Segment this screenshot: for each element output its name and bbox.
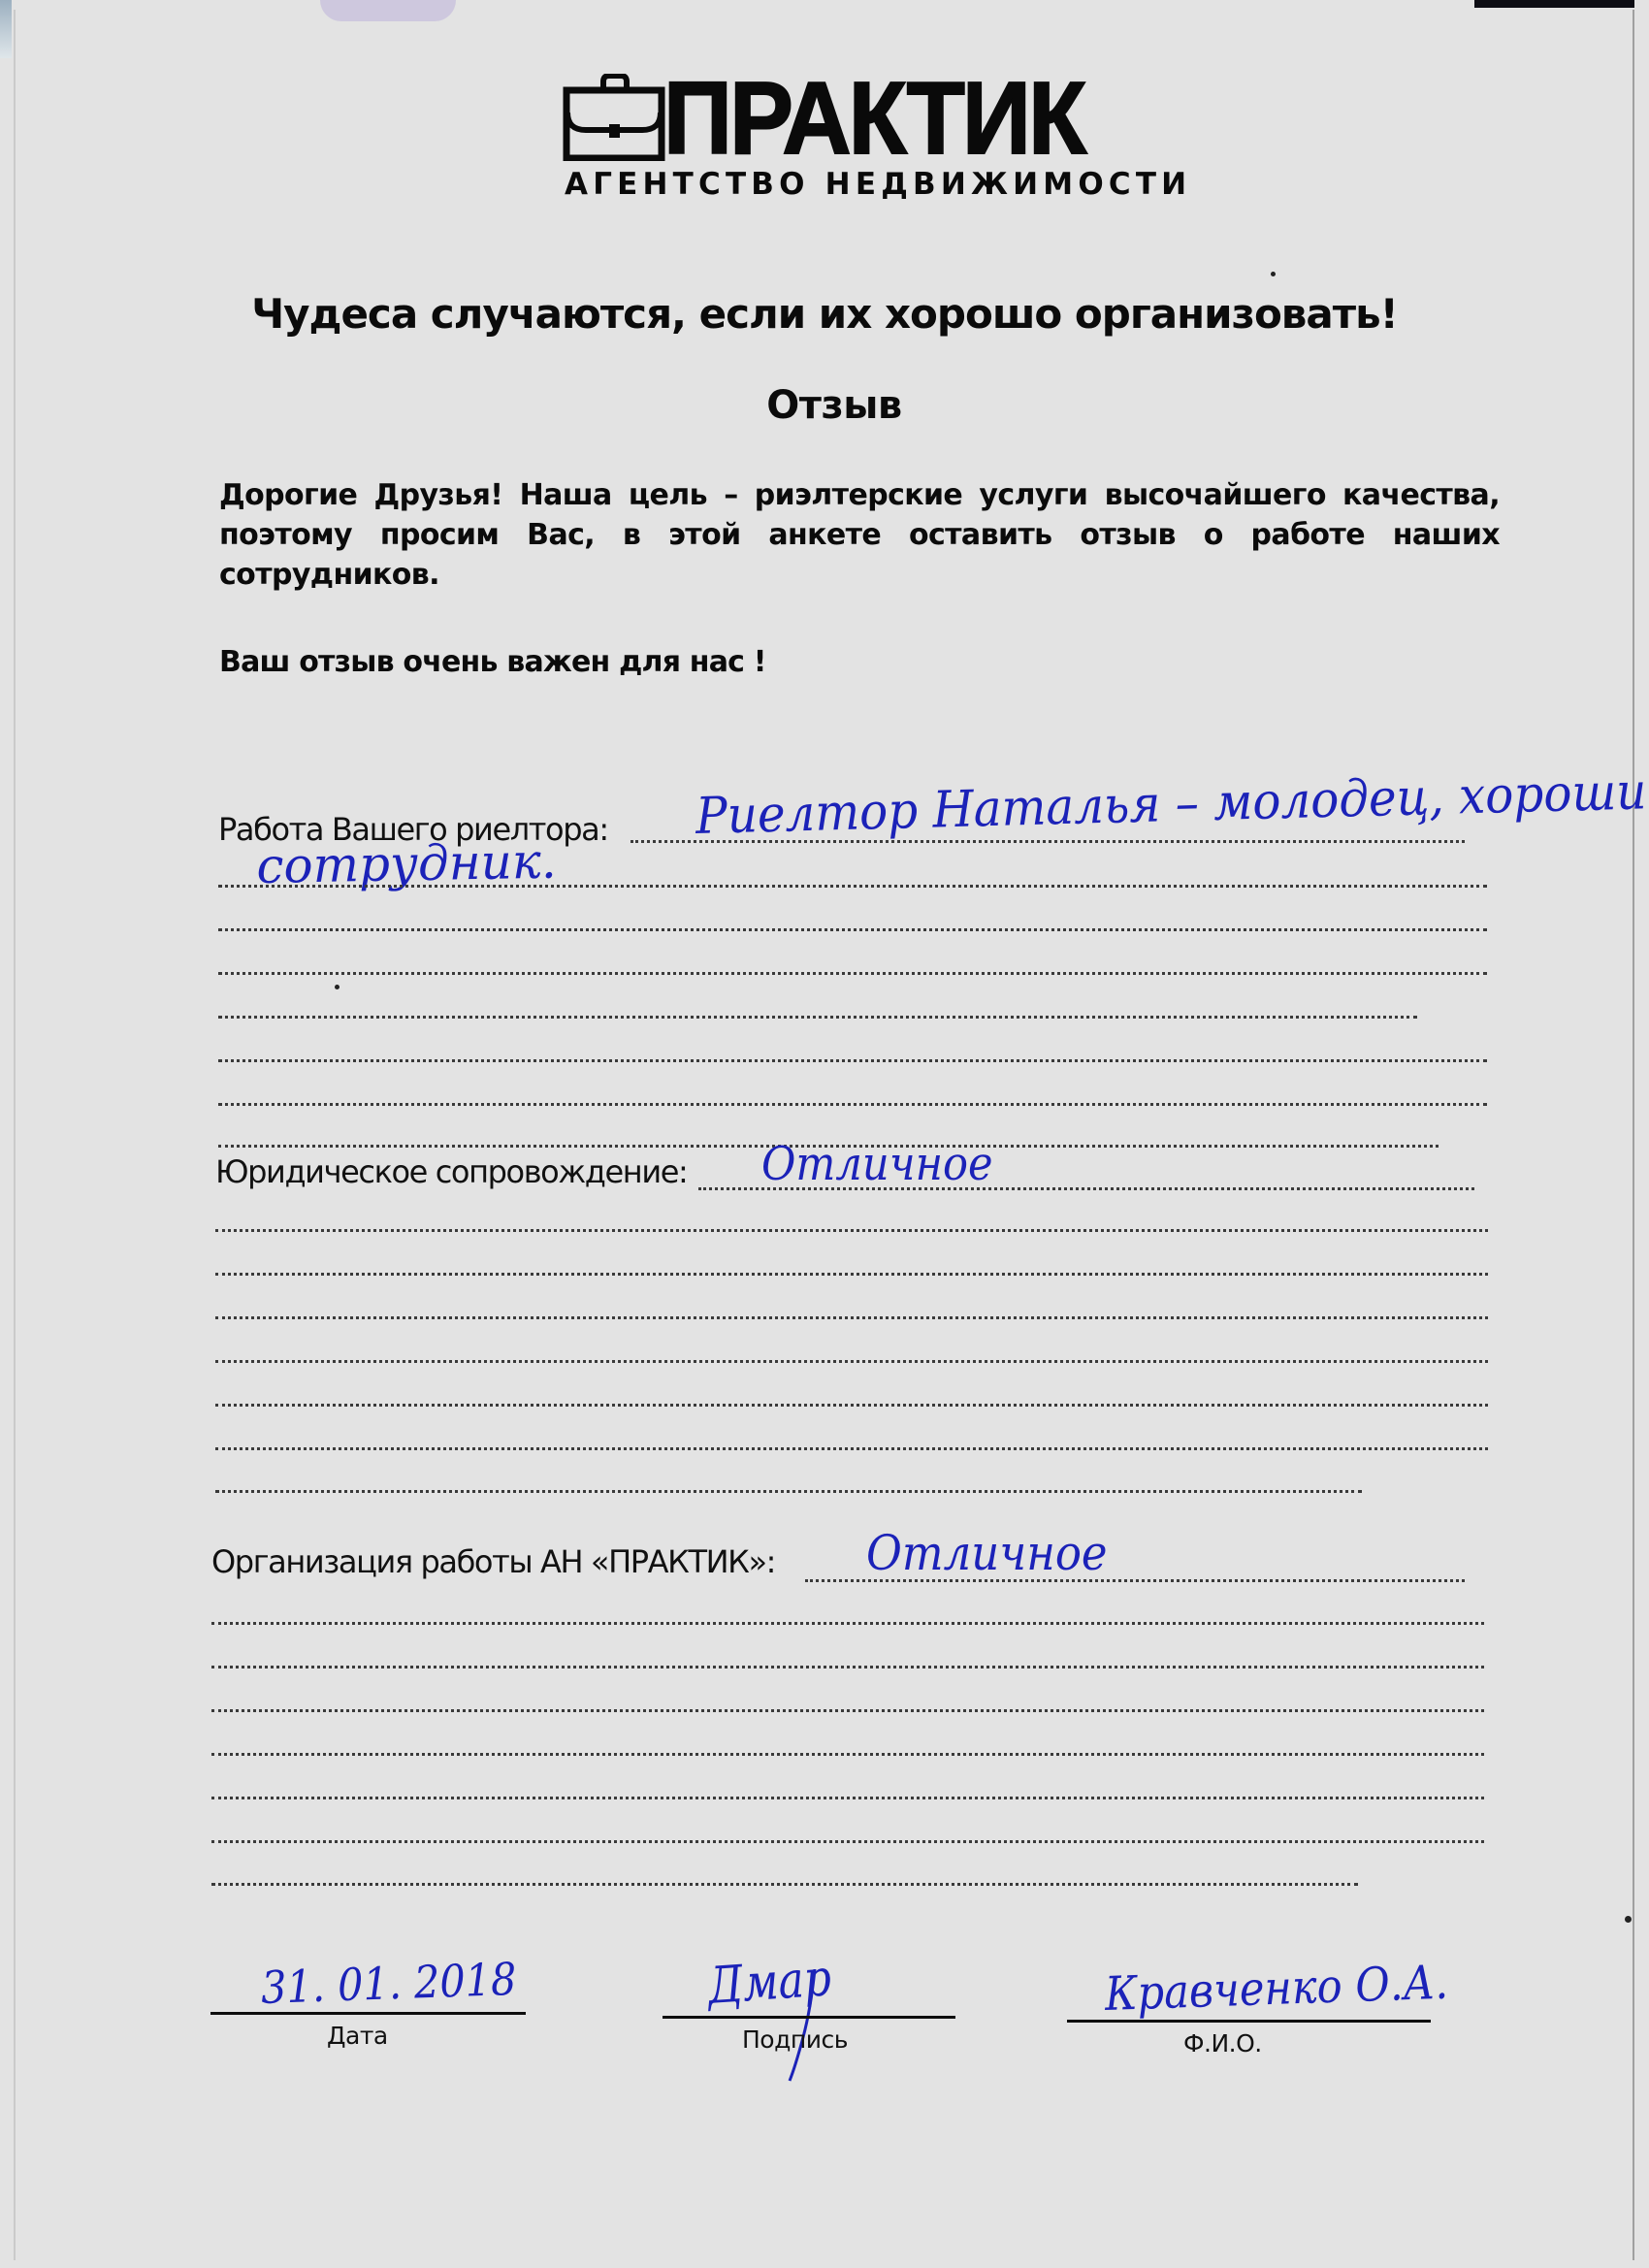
answer-line[interactable]: [211, 1797, 1484, 1799]
page-title: Отзыв: [0, 380, 1649, 431]
brand-subtitle: АГЕНТСТВО НЕДВИЖИМОСТИ: [565, 168, 1162, 201]
answer-line[interactable]: [211, 1666, 1484, 1669]
intro-paragraph: Дорогие Друзья! Наша цель – риэлтерские …: [219, 475, 1500, 595]
date-value: 31. 01. 2018: [260, 1953, 517, 2014]
scan-speck: [335, 985, 339, 989]
answer-line[interactable]: [211, 1840, 1484, 1843]
handwritten-answer: Отличное: [866, 1525, 1108, 1581]
scan-speck: [1625, 1916, 1632, 1923]
answer-line[interactable]: [215, 1490, 1362, 1493]
name-line[interactable]: [1067, 2020, 1431, 2023]
answer-line[interactable]: [218, 1016, 1417, 1019]
answer-line[interactable]: [218, 885, 1487, 888]
agency-logo: ПРАКТИК АГЕНТСТВО НЕДВИЖИМОСТИ: [563, 74, 1164, 202]
date-line[interactable]: [210, 2012, 526, 2015]
handwritten-answer: Риелтор Наталья – молодец, хороший: [695, 762, 1649, 846]
answer-line[interactable]: [218, 928, 1487, 931]
answer-line[interactable]: [215, 1404, 1488, 1407]
intro-emphasis: Ваш отзыв очень важен для нас !: [219, 642, 766, 682]
briefcase-icon: [563, 74, 665, 161]
answer-line[interactable]: [211, 1883, 1358, 1886]
scan-edge-artifact: [1474, 0, 1634, 8]
answer-line[interactable]: [215, 1316, 1488, 1319]
answer-line[interactable]: [215, 1360, 1488, 1363]
scan-speck: [1271, 272, 1276, 276]
scan-edge-artifact: [0, 0, 12, 58]
answer-line[interactable]: [218, 1103, 1487, 1106]
answer-line[interactable]: [215, 1273, 1488, 1276]
scan-stain: [320, 0, 456, 21]
page-edge: [14, 10, 16, 2260]
name-value: Кравченко О.А.: [1104, 1956, 1449, 2022]
answer-line[interactable]: [215, 1229, 1488, 1232]
answer-line[interactable]: [211, 1709, 1484, 1712]
answer-line[interactable]: [218, 1059, 1487, 1062]
brand-name: ПРАКТИК: [663, 75, 1083, 162]
answer-line[interactable]: [218, 972, 1487, 975]
page-edge: [1633, 10, 1634, 2260]
handwritten-answer: Отличное: [761, 1137, 993, 1191]
answer-line[interactable]: [211, 1622, 1484, 1625]
field-label: Организация работы АН «ПРАКТИК»:: [211, 1542, 775, 1581]
name-caption: Ф.И.О.: [1183, 2029, 1262, 2058]
slogan: Чудеса случаются, если их хорошо организ…: [0, 287, 1649, 341]
signature-caption: Подпись: [742, 2025, 848, 2055]
date-caption: Дата: [327, 2022, 388, 2051]
signature-line[interactable]: [663, 2016, 955, 2019]
answer-line[interactable]: [211, 1753, 1484, 1756]
answer-line[interactable]: [215, 1447, 1488, 1450]
field-label: Юридическое сопровождение:: [215, 1152, 687, 1191]
